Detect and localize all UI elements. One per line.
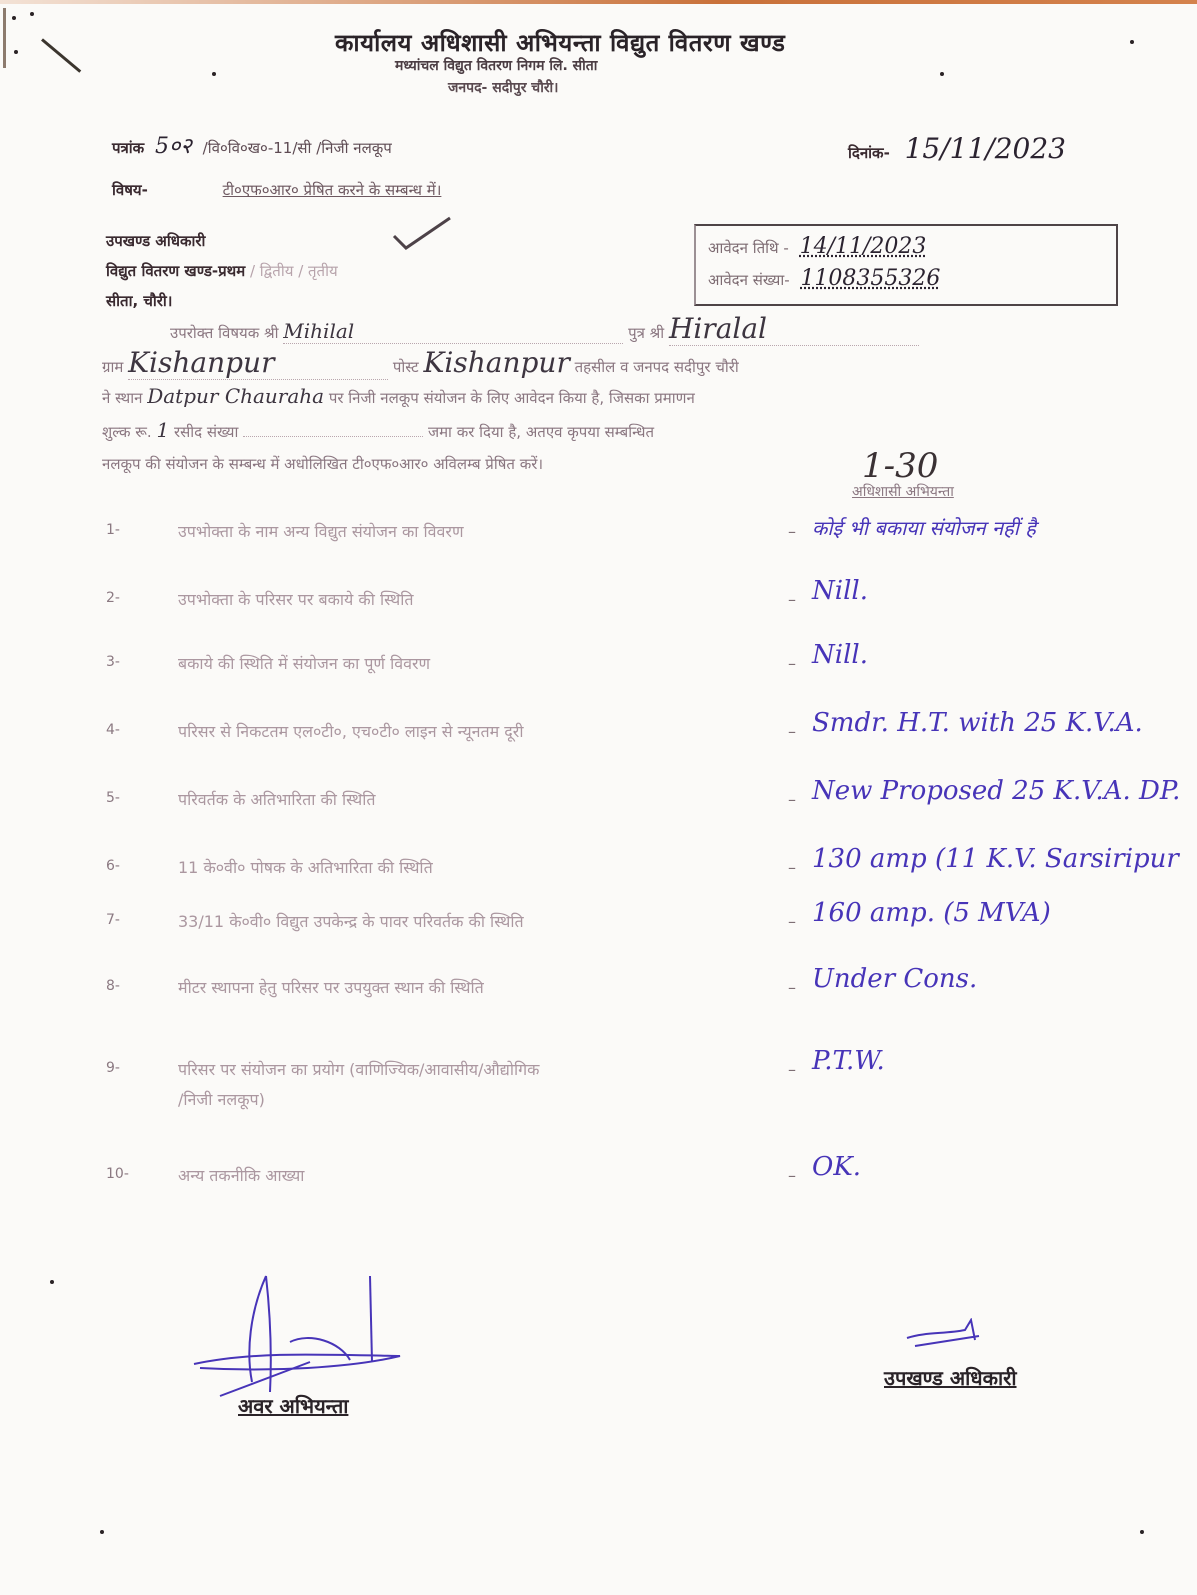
item-number: 10- [106, 1166, 129, 1182]
addressee-block: उपखण्ड अधिकारी विद्युत वितरण खण्ड-प्रथम … [106, 226, 338, 316]
item-question: मीटर स्थापना हेतु परिसर पर उपयुक्त स्थान… [178, 976, 484, 998]
subject-text: टी०एफ०आर० प्रेषित करने के सम्बन्ध में। [223, 181, 442, 199]
item-separator: – [788, 1060, 796, 1079]
body-line-2: ग्राम Kishanpur पोस्ट Kishanpur तहसील व … [102, 346, 739, 380]
executive-engineer-initials: 1-30 [862, 446, 938, 486]
letterhead-title: कार्यालय अधिशासी अभियन्ता विद्युत वितरण … [335, 26, 785, 59]
reference-line: पत्रांक 5०२ /वि०वि०ख०-11/सी /निजी नलकूप [112, 130, 392, 160]
tfr-item: 3-बकाये की स्थिति में संयोजन का पूर्ण वि… [100, 648, 1190, 688]
body-text: तहसील व जनपद सदीपुर चौरी [575, 358, 739, 376]
item-answer: P.T.W. [812, 1046, 885, 1076]
body-line-3: ने स्थान Datpur Chauraha पर निजी नलकूप स… [102, 384, 695, 408]
item-number: 2- [106, 590, 120, 606]
applicant-name: Mihilal [283, 319, 354, 343]
letterhead-address: जनपद- सदीपुर चौरी। [448, 78, 558, 97]
junior-engineer-signature [190, 1272, 410, 1402]
tfr-item: 2-उपभोक्ता के परिसर पर बकाये की स्थिति–N… [100, 584, 1190, 624]
item-separator: – [788, 858, 796, 877]
speck [30, 12, 34, 16]
item-answer: New Proposed 25 K.V.A. DP. [812, 776, 1180, 806]
post-name: Kishanpur [423, 346, 569, 379]
item-answer: Smdr. H.T. with 25 K.V.A. [812, 708, 1143, 738]
tfr-item: 8-मीटर स्थापना हेतु परिसर पर उपयुक्त स्थ… [100, 972, 1190, 1012]
application-number-label: आवेदन संख्या- [708, 271, 790, 289]
item-number: 6- [106, 858, 120, 874]
page-edge [0, 0, 1197, 4]
item-number: 7- [106, 912, 120, 928]
item-separator: – [788, 1166, 796, 1185]
item-question: परिसर से निकटतम एल०टी०, एच०टी० लाइन से न… [178, 720, 524, 742]
body-text: नलकूप की संयोजन के सम्बन्ध में अधोलिखित … [102, 455, 543, 473]
speck [940, 72, 944, 76]
tfr-item: 10-अन्य तकनीकि आख्या–OK. [100, 1160, 1190, 1200]
item-question: परिसर पर संयोजन का प्रयोग (वाणिज्यिक/आवा… [178, 1058, 539, 1080]
application-date-value: 14/11/2023 [800, 234, 927, 259]
addressee-division: विद्युत वितरण खण्ड-प्रथम / द्वितीय / तृत… [106, 256, 338, 286]
body-text: ने स्थान [102, 389, 142, 407]
item-separator: – [788, 590, 796, 609]
subject-label: विषय- [112, 181, 148, 199]
tfr-item: 1-उपभोक्ता के नाम अन्य विद्युत संयोजन का… [100, 516, 1190, 556]
item-separator: – [788, 722, 796, 741]
item-question-continued: /निजी नलकूप) [178, 1088, 265, 1110]
speck [12, 16, 16, 20]
receipt-number-field [243, 436, 423, 437]
junior-engineer-label: अवर अभियन्ता [238, 1392, 348, 1419]
item-answer: Under Cons. [812, 964, 977, 994]
page-edge [3, 8, 6, 68]
body-text: पुत्र श्री [628, 324, 664, 342]
checkmark-icon [392, 216, 452, 250]
item-number: 3- [106, 654, 120, 670]
body-text: जमा कर दिया है, अतएव कृपया सम्बन्धित [428, 423, 654, 441]
addressee-division-options: / द्वितीय / तृतीय [250, 262, 338, 280]
fee-amount: 1 [156, 418, 169, 442]
item-number: 5- [106, 790, 120, 806]
applicant-name-field: Mihilal [283, 319, 623, 344]
item-answer: 130 amp (11 K.V. Sarsiripur [812, 844, 1179, 874]
application-stamp: आवेदन तिथि - 14/11/2023 आवेदन संख्या- 11… [694, 224, 1118, 306]
body-text: शुल्क रू. [102, 423, 152, 441]
tfr-item: 7-33/11 के०वी० विद्युत उपकेन्द्र के पावर… [100, 906, 1190, 946]
application-date-label: आवेदन तिथि - [708, 239, 789, 257]
item-question: 11 के०वी० पोषक के अतिभारिता की स्थिति [178, 856, 433, 878]
village-field: Kishanpur [128, 346, 388, 380]
application-date-row: आवेदन तिथि - 14/11/2023 [708, 234, 926, 259]
addressee-division-text: विद्युत वितरण खण्ड-प्रथम [106, 262, 245, 280]
tfr-item: 4-परिसर से निकटतम एल०टी०, एच०टी० लाइन से… [100, 716, 1190, 756]
date-value: 15/11/2023 [905, 132, 1066, 165]
item-question: उपभोक्ता के नाम अन्य विद्युत संयोजन का व… [178, 520, 464, 542]
item-question: बकाये की स्थिति में संयोजन का पूर्ण विवर… [178, 652, 430, 674]
reference-code: /वि०वि०ख०-11/सी /निजी नलकूप [203, 139, 392, 157]
body-text: रसीद संख्या [174, 423, 238, 441]
item-number: 8- [106, 978, 120, 994]
document-page: कार्यालय अधिशासी अभियन्ता विद्युत वितरण … [0, 0, 1197, 1595]
item-question: उपभोक्ता के परिसर पर बकाये की स्थिति [178, 588, 413, 610]
date-line: दिनांक- 15/11/2023 [848, 132, 1066, 165]
addressee-title: उपखण्ड अधिकारी [106, 226, 338, 256]
place-name: Datpur Chauraha [147, 384, 324, 408]
item-answer: Nill. [812, 640, 868, 670]
tfr-item: 9-परिसर पर संयोजन का प्रयोग (वाणिज्यिक/आ… [100, 1054, 1190, 1094]
speck [212, 72, 216, 76]
reference-label: पत्रांक [112, 139, 144, 157]
reference-number: 5०२ [155, 134, 192, 159]
letterhead-subtitle: मध्यांचल विद्युत वितरण निगम लि. सीता [395, 56, 597, 75]
date-label: दिनांक- [848, 144, 890, 162]
tfr-item: 5-परिवर्तक के अतिभारिता की स्थिति–New Pr… [100, 784, 1190, 824]
item-separator: – [788, 522, 796, 541]
item-answer: OK. [812, 1152, 861, 1182]
item-separator: – [788, 978, 796, 997]
item-question: परिवर्तक के अतिभारिता की स्थिति [178, 788, 376, 810]
body-text: पर निजी नलकूप संयोजन के लिए आवेदन किया ह… [329, 389, 695, 407]
body-text: उपरोक्त विषयक श्री [170, 324, 279, 342]
item-number: 9- [106, 1060, 120, 1076]
item-number: 4- [106, 722, 120, 738]
speck [1140, 1530, 1144, 1534]
speck [50, 1280, 54, 1284]
item-answer: Nill. [812, 576, 868, 606]
father-name-field: Hiralal [669, 312, 919, 346]
item-separator: – [788, 912, 796, 931]
village-name: Kishanpur [128, 346, 274, 379]
item-question: 33/11 के०वी० विद्युत उपकेन्द्र के पावर प… [178, 910, 524, 932]
item-separator: – [788, 654, 796, 673]
item-number: 1- [106, 522, 120, 538]
body-line-5: नलकूप की संयोजन के सम्बन्ध में अधोलिखित … [102, 454, 543, 474]
father-name: Hiralal [669, 312, 767, 345]
subject-line: विषय- टी०एफ०आर० प्रेषित करने के सम्बन्ध … [112, 180, 441, 200]
item-answer: 160 amp. (5 MVA) [812, 898, 1051, 928]
item-answer: कोई भी बकाया संयोजन नहीं है [812, 514, 1036, 541]
speck [14, 50, 18, 54]
speck [100, 1530, 104, 1534]
body-text: ग्राम [102, 358, 123, 376]
sdo-signature [905, 1318, 985, 1348]
body-line-4: शुल्क रू. 1 रसीद संख्या जमा कर दिया है, … [102, 418, 654, 442]
application-number-row: आवेदन संख्या- 1108355326 [708, 266, 940, 291]
item-question: अन्य तकनीकि आख्या [178, 1164, 304, 1186]
item-separator: – [788, 790, 796, 809]
speck [1130, 40, 1134, 44]
pen-mark [41, 38, 81, 72]
application-number-value: 1108355326 [800, 266, 940, 291]
body-line-1: उपरोक्त विषयक श्री Mihilal पुत्र श्री Hi… [170, 312, 919, 346]
sub-divisional-officer-label: उपखण्ड अधिकारी [884, 1364, 1017, 1391]
executive-engineer-label: अधिशासी अभियन्ता [852, 482, 954, 501]
body-text: पोस्ट [393, 358, 419, 376]
tfr-item: 6-11 के०वी० पोषक के अतिभारिता की स्थिति–… [100, 852, 1190, 892]
